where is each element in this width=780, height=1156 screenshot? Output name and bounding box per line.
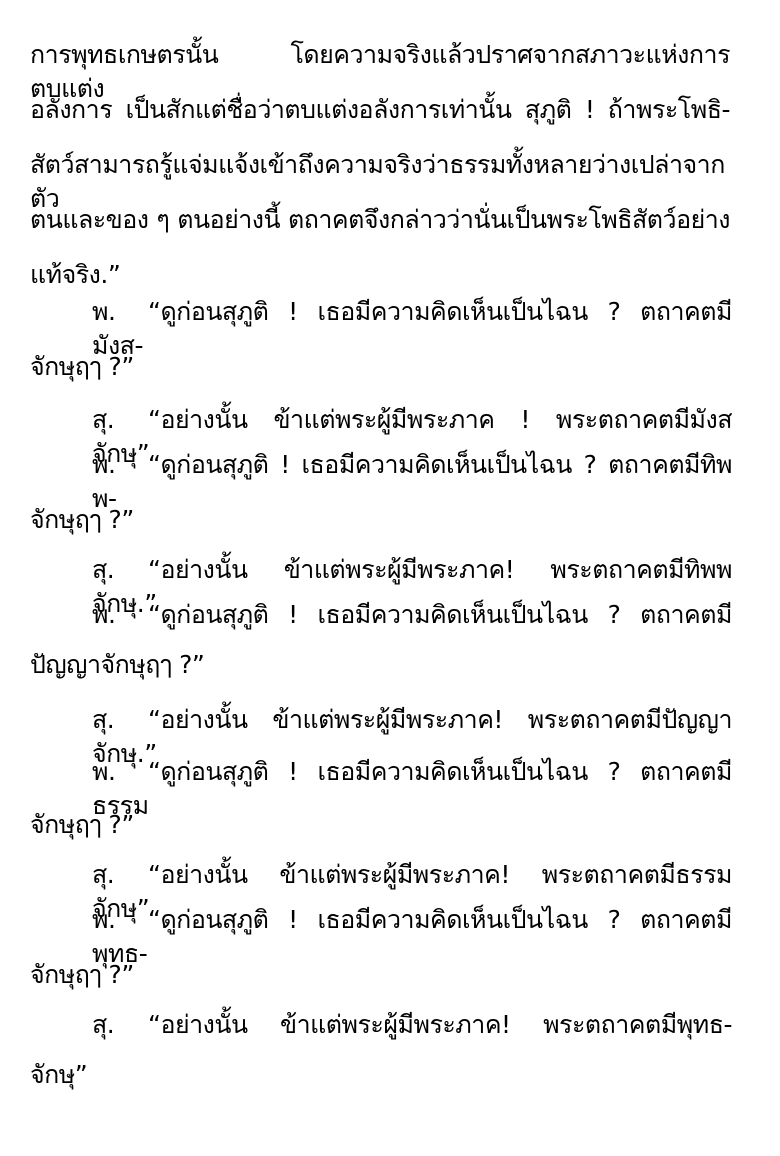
speaker-label: สุ. — [92, 1008, 148, 1042]
speaker-label: สุ. — [92, 553, 148, 587]
paragraph-line: ตนและของ ๆ ตนอย่างนี้ ตถาคตจึงกล่าวว่านั… — [30, 203, 730, 237]
speaker-label: พ. — [92, 755, 148, 789]
paragraph-line: จักษุ” — [30, 1058, 730, 1092]
dialogue-line: สุ.“อย่างนั้น ข้าแต่พระผู้มีพระภาค! พระต… — [92, 1008, 732, 1042]
line-text: “อย่างนั้น ข้าแต่พระผู้มีพระภาค! พระตถาค… — [148, 1010, 732, 1039]
line-text: แท้จริง.” — [30, 260, 120, 289]
speaker-label: พ. — [92, 903, 148, 937]
speaker-label: พ. — [92, 448, 148, 482]
line-text: จักษุฤๅ ?” — [30, 505, 134, 534]
paragraph-line: จักษุฤๅ ?” — [30, 350, 730, 384]
document-page: การพุทธเกษตรนั้น โดยความจริงแล้วปราศจากส… — [0, 0, 780, 1156]
paragraph-line: อลังการ เป็นสักแต่ชื่อว่าตบแต่งอลังการเท… — [30, 93, 730, 127]
paragraph-line: จักษุฤๅ ?” — [30, 808, 730, 842]
paragraph-line: จักษุฤๅ ?” — [30, 503, 730, 537]
line-text: ปัญญาจักษุฤๅ ?” — [30, 650, 204, 679]
dialogue-line: พ.“ดูก่อนสุภูติ ! เธอมีความคิดเห็นเป็นไฉ… — [92, 598, 732, 632]
line-text: จักษุฤๅ ?” — [30, 810, 134, 839]
paragraph-line: จักษุฤๅ ?” — [30, 958, 730, 992]
line-text: จักษุฤๅ ?” — [30, 352, 134, 381]
line-text: จักษุฤๅ ?” — [30, 960, 134, 989]
line-text: ตนและของ ๆ ตนอย่างนี้ ตถาคตจึงกล่าวว่านั… — [30, 205, 730, 234]
paragraph-line: ปัญญาจักษุฤๅ ?” — [30, 648, 730, 682]
paragraph-line: แท้จริง.” — [30, 258, 730, 292]
speaker-label: สุ. — [92, 858, 148, 892]
speaker-label: สุ. — [92, 703, 148, 737]
line-text: อลังการ เป็นสักแต่ชื่อว่าตบแต่งอลังการเท… — [30, 95, 730, 124]
speaker-label: พ. — [92, 295, 148, 329]
line-text: “ดูก่อนสุภูติ ! เธอมีความคิดเห็นเป็นไฉน … — [148, 600, 732, 629]
line-text: จักษุ” — [30, 1060, 87, 1089]
speaker-label: สุ. — [92, 403, 148, 437]
speaker-label: พ. — [92, 598, 148, 632]
